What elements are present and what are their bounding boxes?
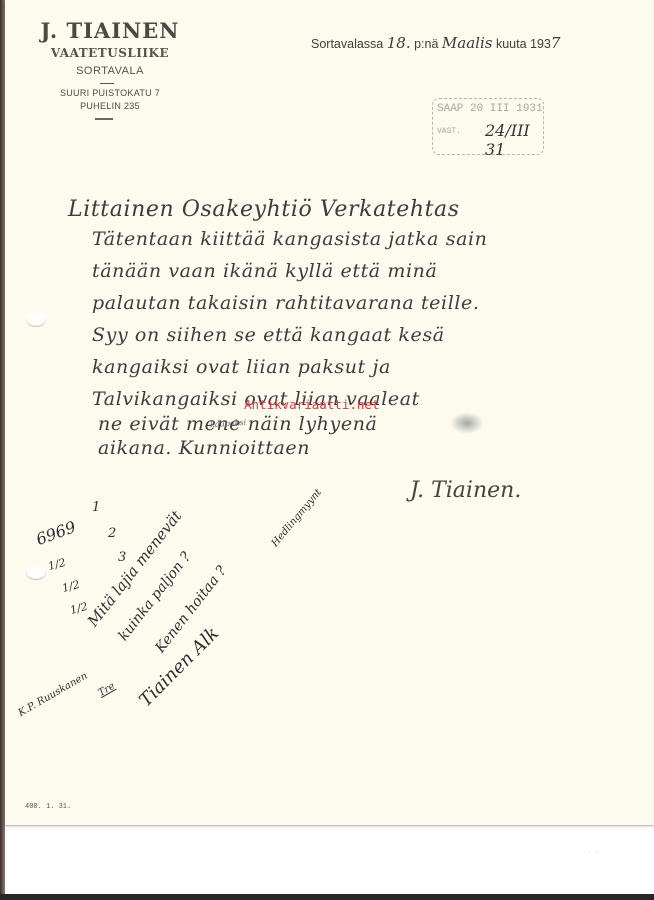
letter-line: Syy on siihen se että kangaat kesä: [92, 324, 445, 346]
letterhead-name: J. TIAINEN: [20, 18, 200, 43]
punch-hole: [26, 313, 46, 327]
letterhead-address: SUURI PUISTOKATU 7: [20, 88, 200, 98]
letter-line: tänään vaan ikänä kyllä että minä: [92, 260, 437, 282]
letterhead-business: VAATETUSLIIKE: [20, 46, 200, 60]
annotation-count: 3: [118, 550, 126, 565]
date-line: Sortavalassa 18. p:nä Maalis kuuta 1937: [311, 34, 560, 52]
date-month: Maalis: [442, 34, 493, 52]
stamp-handwritten-date: 24/III 31: [485, 121, 543, 159]
date-kuuta: kuuta: [496, 37, 527, 51]
letter-line: Tätentaan kiittää kangasista jatka sain: [92, 228, 488, 250]
ink-smudge: [450, 412, 484, 434]
received-stamp: SAAP 20 III 1931 VAST. 24/III 31: [432, 98, 544, 155]
letter-closing: aikana. Kunnioittaen: [98, 437, 310, 459]
scan-edge-bottom: [0, 894, 654, 900]
signature: J. Tiainen.: [410, 478, 521, 503]
stamp-received-date: SAAP 20 III 1931: [437, 103, 543, 115]
letter-addressee: Littainen Osakeyhtiö Verkatehtas: [68, 197, 460, 222]
letterhead-phone: PUHELIN 235: [20, 101, 200, 111]
punch-hole: [26, 566, 46, 580]
letter-line: kangaiksi ovat liian paksut ja: [92, 356, 391, 378]
letterhead-ornament: [95, 118, 113, 120]
date-year-digit: 7: [551, 34, 561, 52]
footer-print-code: 400. 1. 31.: [25, 803, 71, 811]
watermark: Antikvariaatti.net: [244, 397, 379, 412]
letterhead-city: SORTAVALA: [20, 65, 200, 77]
stamp-answered-label: VAST.: [437, 127, 461, 136]
scan-speck: · ·: [588, 849, 599, 856]
annotation-count: 2: [108, 526, 116, 541]
date-pina: p:nä: [414, 37, 438, 51]
letterhead-divider: [100, 83, 114, 84]
annotation-count: 1: [92, 500, 100, 515]
date-year-prefix: 193: [530, 37, 551, 51]
date-place: Sortavalassa: [311, 37, 383, 51]
letter-line: palautan takaisin rahtitavarana teille.: [92, 292, 480, 314]
date-day: 18.: [387, 34, 411, 52]
